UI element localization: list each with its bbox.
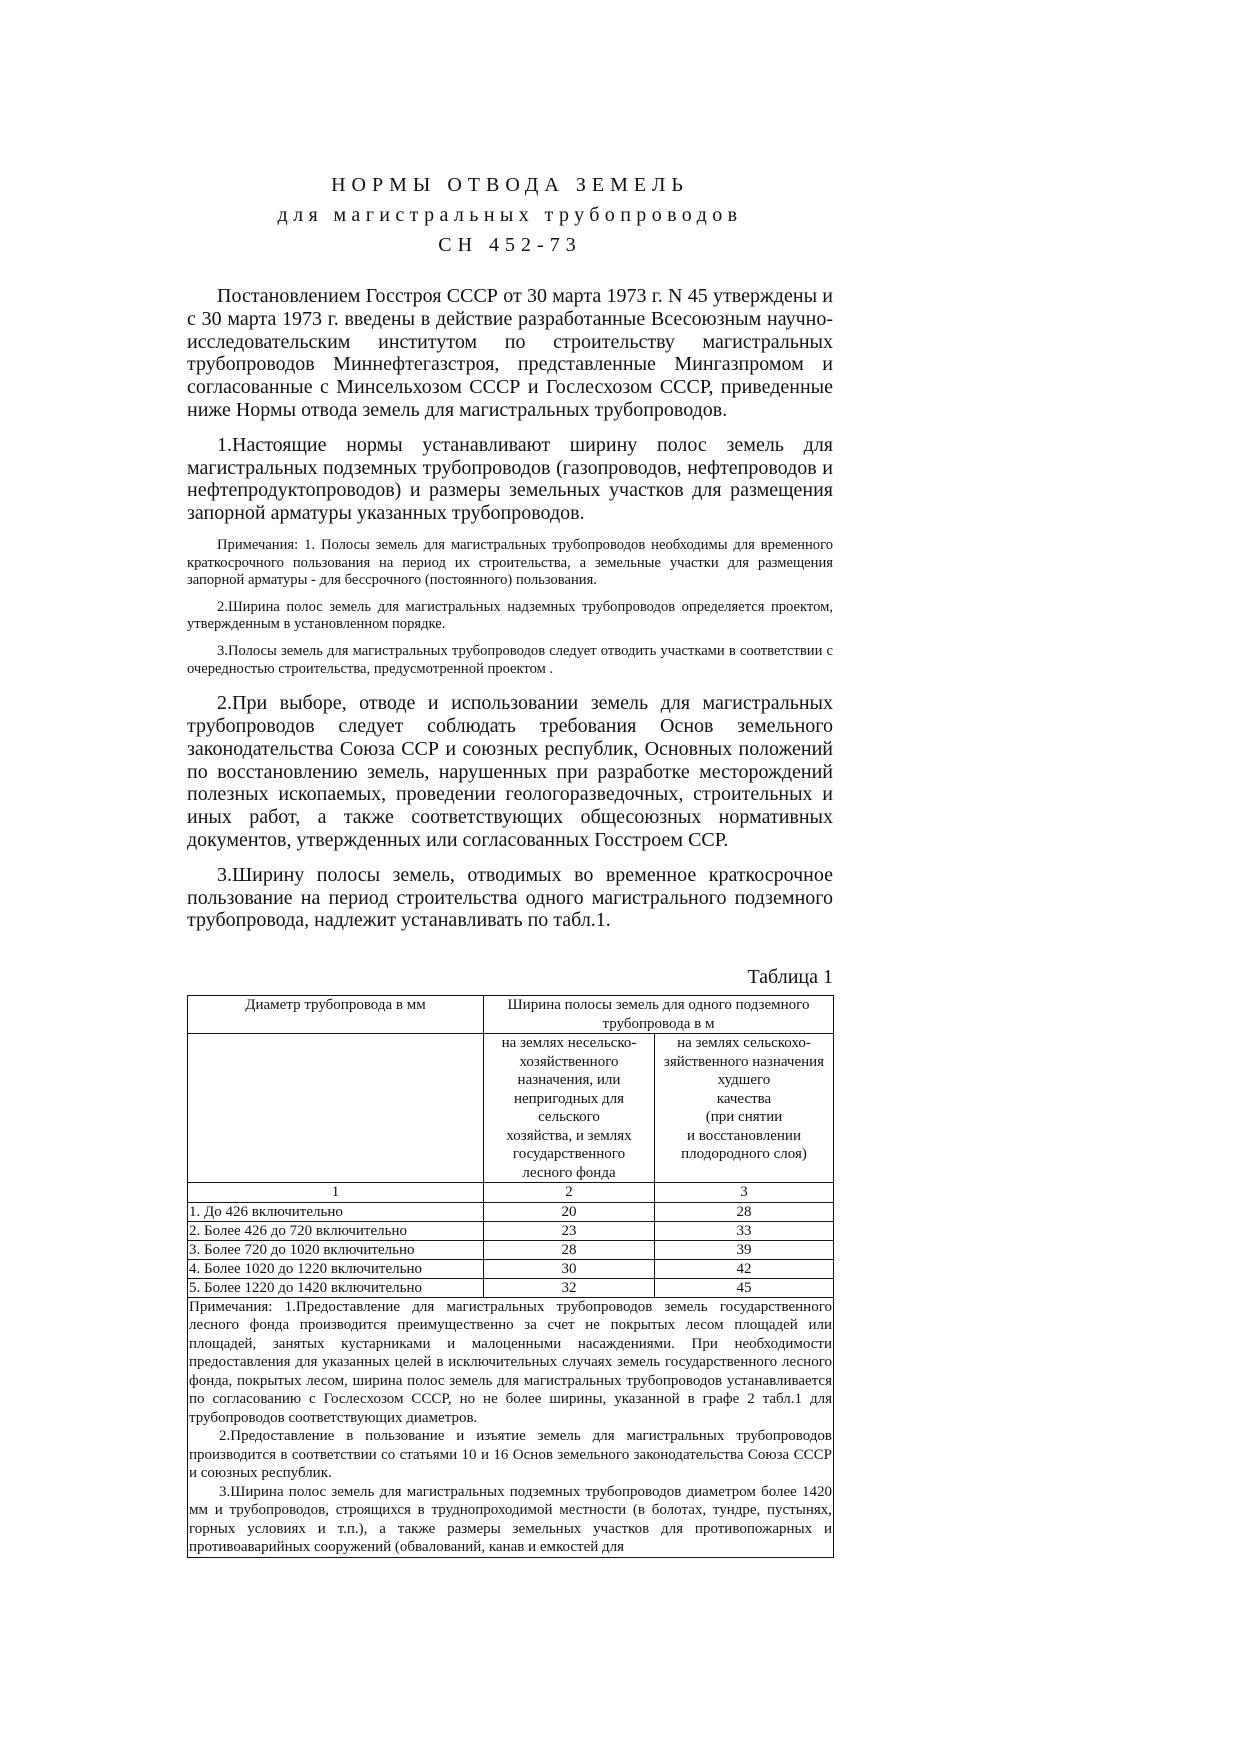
note-2: 2.Ширина полос земель для магистральных …: [187, 599, 833, 634]
table-note-3: 3.Ширина полос земель для магистральных …: [189, 1483, 832, 1557]
row-agri: 45: [655, 1278, 834, 1297]
note-1: Примечания: 1. Полосы земель для магистр…: [187, 537, 833, 590]
table-row: 4. Более 1020 до 1220 включительно 30 42: [188, 1259, 834, 1278]
row-non-agri: 20: [484, 1202, 655, 1221]
intro-paragraph: Постановлением Госстроя СССР от 30 марта…: [187, 285, 833, 422]
col-number-1: 1: [188, 1183, 484, 1203]
header-width-group: Ширина полосы земель для одного подземно…: [484, 996, 834, 1034]
row-non-agri: 23: [484, 1221, 655, 1240]
row-diameter: 1. До 426 включительно: [188, 1202, 484, 1221]
document-code: СН 452-73: [187, 230, 833, 260]
row-diameter: 2. Более 426 до 720 включительно: [188, 1221, 484, 1240]
header-diameter: Диаметр трубопровода в мм: [188, 996, 484, 1034]
table-row: 5. Более 1220 до 1420 включительно 32 45: [188, 1278, 834, 1297]
table-row: 2. Более 426 до 720 включительно 23 33: [188, 1221, 834, 1240]
document-subtitle: для магистральных трубопроводов: [187, 200, 833, 230]
norms-table: Диаметр трубопровода в мм Ширина полосы …: [187, 995, 834, 1558]
table-subheader-row: на землях несельско- хозяйственного назн…: [188, 1034, 834, 1183]
table-header-row: Диаметр трубопровода в мм Ширина полосы …: [188, 996, 834, 1034]
row-non-agri: 30: [484, 1259, 655, 1278]
row-non-agri: 28: [484, 1240, 655, 1259]
header-empty: [188, 1034, 484, 1183]
table-note-2: 2.Предоставление в пользование и изъятие…: [189, 1427, 832, 1483]
table-notes-row: Примечания: 1.Предоставление для магистр…: [188, 1297, 834, 1557]
table-note-1: Примечания: 1.Предоставление для магистр…: [189, 1298, 832, 1428]
row-agri: 39: [655, 1240, 834, 1259]
header-agri: на землях сельскохо- зяйственного назнач…: [655, 1034, 834, 1183]
row-diameter: 3. Более 720 до 1020 включительно: [188, 1240, 484, 1259]
header-non-agri: на землях несельско- хозяйственного назн…: [484, 1034, 655, 1183]
table-caption: Таблица 1: [187, 966, 833, 988]
notes-section: Примечания: 1. Полосы земель для магистр…: [187, 537, 833, 678]
note-3: 3.Полосы земель для магистральных трубоп…: [187, 643, 833, 678]
table-notes: Примечания: 1.Предоставление для магистр…: [188, 1297, 834, 1557]
table-row: 1. До 426 включительно 20 28: [188, 1202, 834, 1221]
paragraph-2: 2.При выборе, отводе и использовании зем…: [187, 692, 833, 852]
col-number-3: 3: [655, 1183, 834, 1203]
row-agri: 33: [655, 1221, 834, 1240]
document-page: НОРМЫ ОТВОДА ЗЕМЕЛЬ для магистральных тр…: [0, 0, 1240, 1755]
paragraph-1: 1.Настоящие нормы устанавливают ширину п…: [187, 434, 833, 525]
document-body: Постановлением Госстроя СССР от 30 марта…: [187, 285, 833, 1558]
row-agri: 42: [655, 1259, 834, 1278]
row-agri: 28: [655, 1202, 834, 1221]
table-row: 3. Более 720 до 1020 включительно 28 39: [188, 1240, 834, 1259]
title-block: НОРМЫ ОТВОДА ЗЕМЕЛЬ для магистральных тр…: [187, 170, 833, 260]
row-non-agri: 32: [484, 1278, 655, 1297]
document-title: НОРМЫ ОТВОДА ЗЕМЕЛЬ: [187, 170, 833, 200]
column-number-row: 1 2 3: [188, 1183, 834, 1203]
paragraph-3: 3.Ширину полосы земель, отводимых во вре…: [187, 864, 833, 932]
row-diameter: 5. Более 1220 до 1420 включительно: [188, 1278, 484, 1297]
row-diameter: 4. Более 1020 до 1220 включительно: [188, 1259, 484, 1278]
col-number-2: 2: [484, 1183, 655, 1203]
